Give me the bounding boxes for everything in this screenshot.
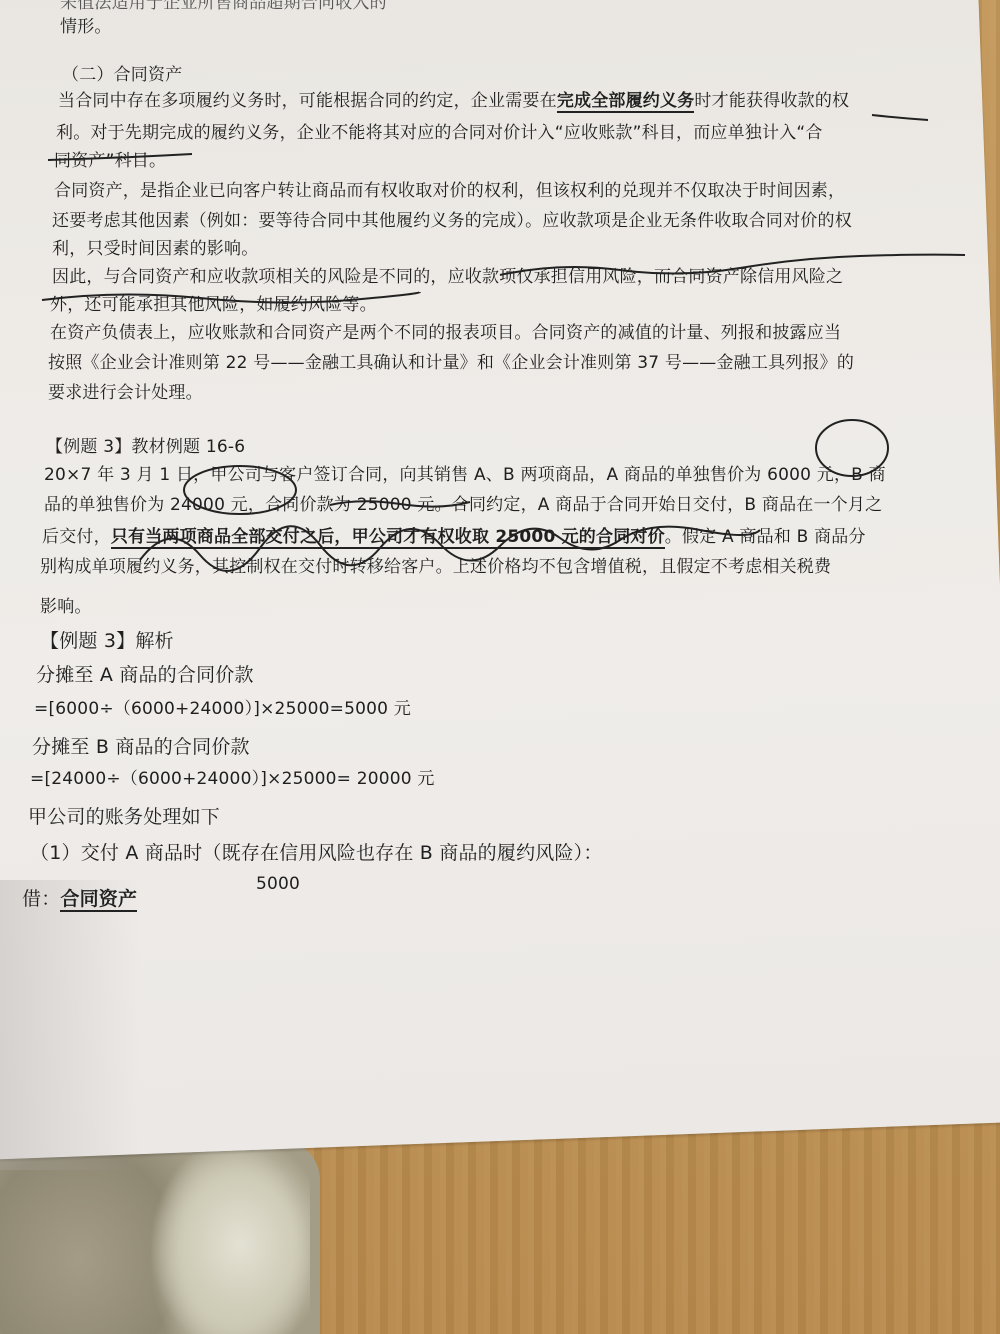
para1-line1: 当合同中存在多项履约义务时，可能根据合同的约定，企业需要在完成全部履约义务时才能… [58, 86, 849, 111]
para2-line3: 利，只受时间因素的影响。 [52, 234, 258, 259]
para4-line2: 按照《企业会计准则第 22 号——金融工具确认和计量》和《企业会计准则第 37 … [48, 348, 854, 373]
para4-line1: 在资产负债表上，应收账款和合同资产是两个不同的报表项目。合同资产的减值的计量、列… [50, 318, 841, 343]
allocation-b-label: 分摊至 B 商品的合同价款 [32, 732, 250, 759]
para1-line3: 同资产”科目。 [54, 146, 166, 171]
debit-label: 借： [22, 888, 60, 910]
debit-amount: 5000 [256, 874, 300, 894]
journal-debit: 借：合同资产 [22, 884, 137, 911]
example-l3-lead: 后交付， [42, 527, 111, 547]
para2-line2: 还要考虑其他因素（例如：要等待合同中其他履约义务的完成）。应收款项是企业无条件收… [52, 206, 852, 231]
para3-line1: 因此，与合同资产和应收款项相关的风险是不同的，应收款项仅承担信用风险，而合同资产… [52, 262, 843, 287]
solution-title: 【例题 3】解析 [40, 626, 174, 653]
example-line4: 别构成单项履约义务，其控制权在交付时转移给客户。上述价格均不包含增值税，且假定不… [40, 552, 831, 577]
step-1: （1）交付 A 商品时（既存在信用风险也存在 B 商品的履约风险）： [30, 838, 603, 865]
example-l3-tail: 。假定 A 商品和 B 商品分 [665, 527, 866, 547]
para2-line1: 合同资产，是指企业已向客户转让商品而有权收取对价的权利，但该权利的兑现并不仅取决… [54, 176, 845, 201]
para3-line2: 外，还可能承担其他风险，如履约风险等。 [50, 290, 377, 315]
example-line3: 后交付，只有当两项商品全部交付之后，甲公司才有权收取 25000 元的合同对价。… [42, 522, 866, 547]
allocation-a-label: 分摊至 A 商品的合同价款 [36, 660, 254, 687]
accounting-intro: 甲公司的账务处理如下 [28, 802, 220, 829]
example-line1: 20×7 年 3 月 1 日，甲公司与客户签订合同，向其销售 A、B 两项商品，… [44, 460, 886, 485]
para1-line2: 利。对于先期完成的履约义务，企业不能将其对应的合同对价计入“应收账款”科目，而应… [56, 118, 823, 143]
allocation-b-formula: =[24000÷（6000+24000）]×25000= 20000 元 [30, 764, 435, 789]
para1-l1-tail: 时才能获得收款的权 [694, 91, 849, 111]
paper-sheet [0, 0, 1000, 1160]
highlight-full-obligation: 完成全部履约义务 [557, 91, 695, 113]
para4-line3: 要求进行会计处理。 [48, 378, 203, 403]
line-0: 情形。 [60, 12, 112, 37]
fur-rug-highlight [140, 1145, 310, 1334]
example-line5: 影响。 [40, 592, 92, 617]
example-title: 【例题 3】教材例题 16-6 [46, 432, 245, 457]
section-title: （二）合同资产 [62, 60, 182, 85]
example-line2: 品的单独售价为 24000 元，合同价款为 25000 元。合同约定，A 商品于… [44, 490, 882, 515]
para1-l1-text: 当合同中存在多项履约义务时，可能根据合同的约定，企业需要在 [58, 91, 557, 111]
paper-shadow [0, 880, 140, 1170]
debit-account: 合同资产 [60, 888, 137, 912]
highlight-payment-condition: 只有当两项商品全部交付之后，甲公司才有权收取 25000 元的合同对价 [111, 527, 665, 549]
allocation-a-formula: =[6000÷（6000+24000）]×25000=5000 元 [34, 694, 411, 719]
